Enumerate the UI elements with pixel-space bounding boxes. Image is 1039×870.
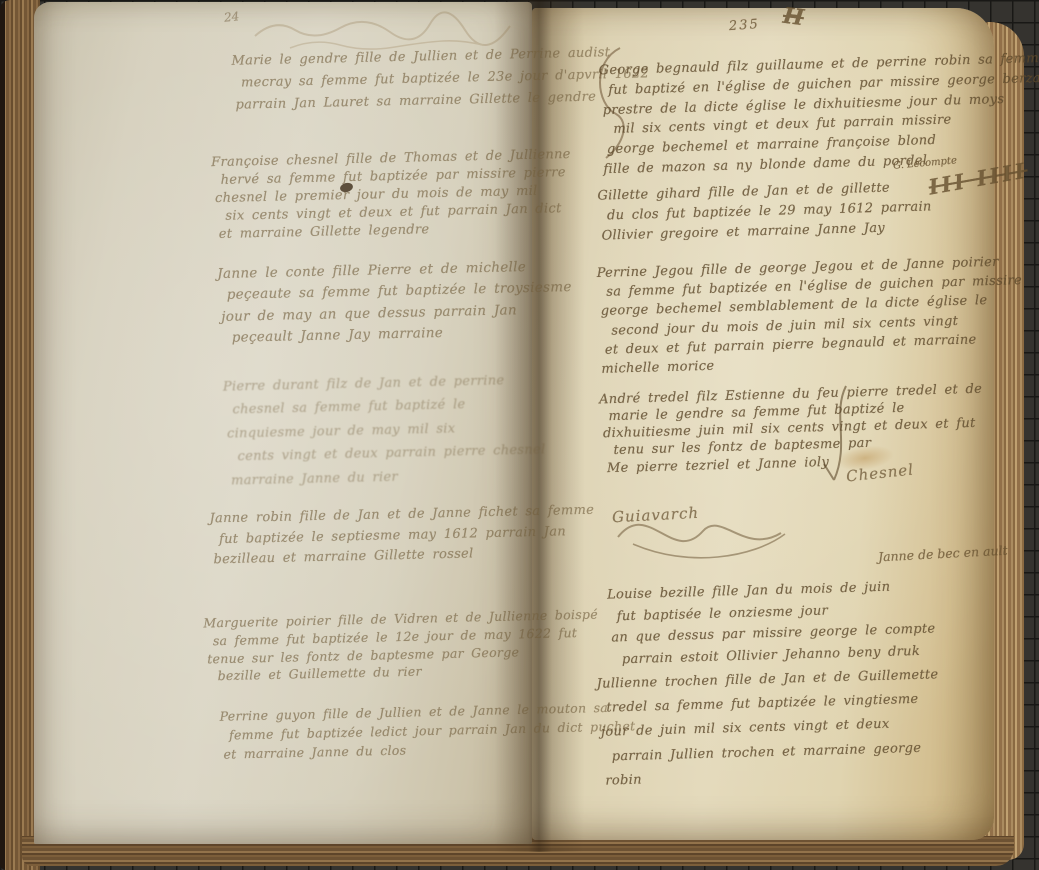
manuscript-photo: 24 Marie le gendre fille de Jullien et d… (0, 0, 1039, 870)
left-page (34, 2, 532, 844)
right-page (532, 8, 994, 840)
